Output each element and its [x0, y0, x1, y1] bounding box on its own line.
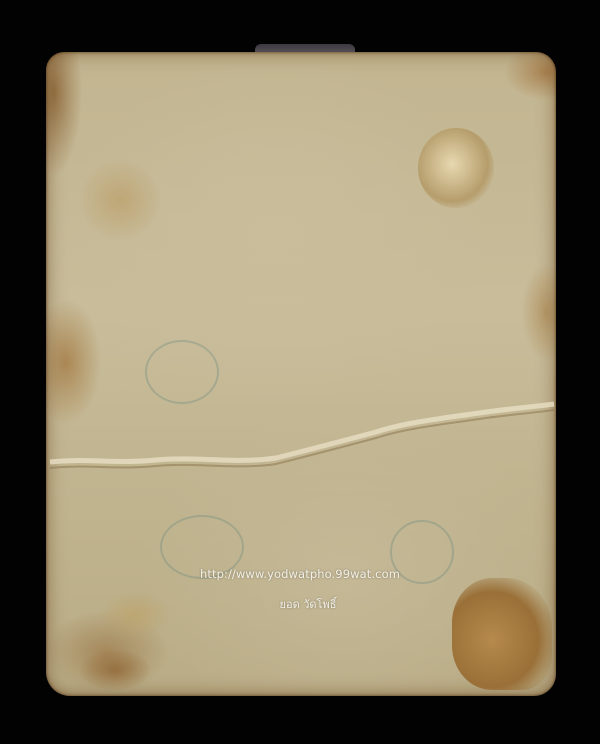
faded-ink-mark [145, 340, 219, 404]
horizontal-crack [46, 400, 556, 480]
clear-seal-mark [418, 128, 494, 208]
watermark-url: http://www.yodwatpho.99wat.com [0, 567, 600, 581]
stain-top-left [80, 160, 160, 240]
stain-bottom-left [80, 650, 150, 690]
watermark-name: ยอด วัดโพธิ์ [8, 595, 600, 613]
